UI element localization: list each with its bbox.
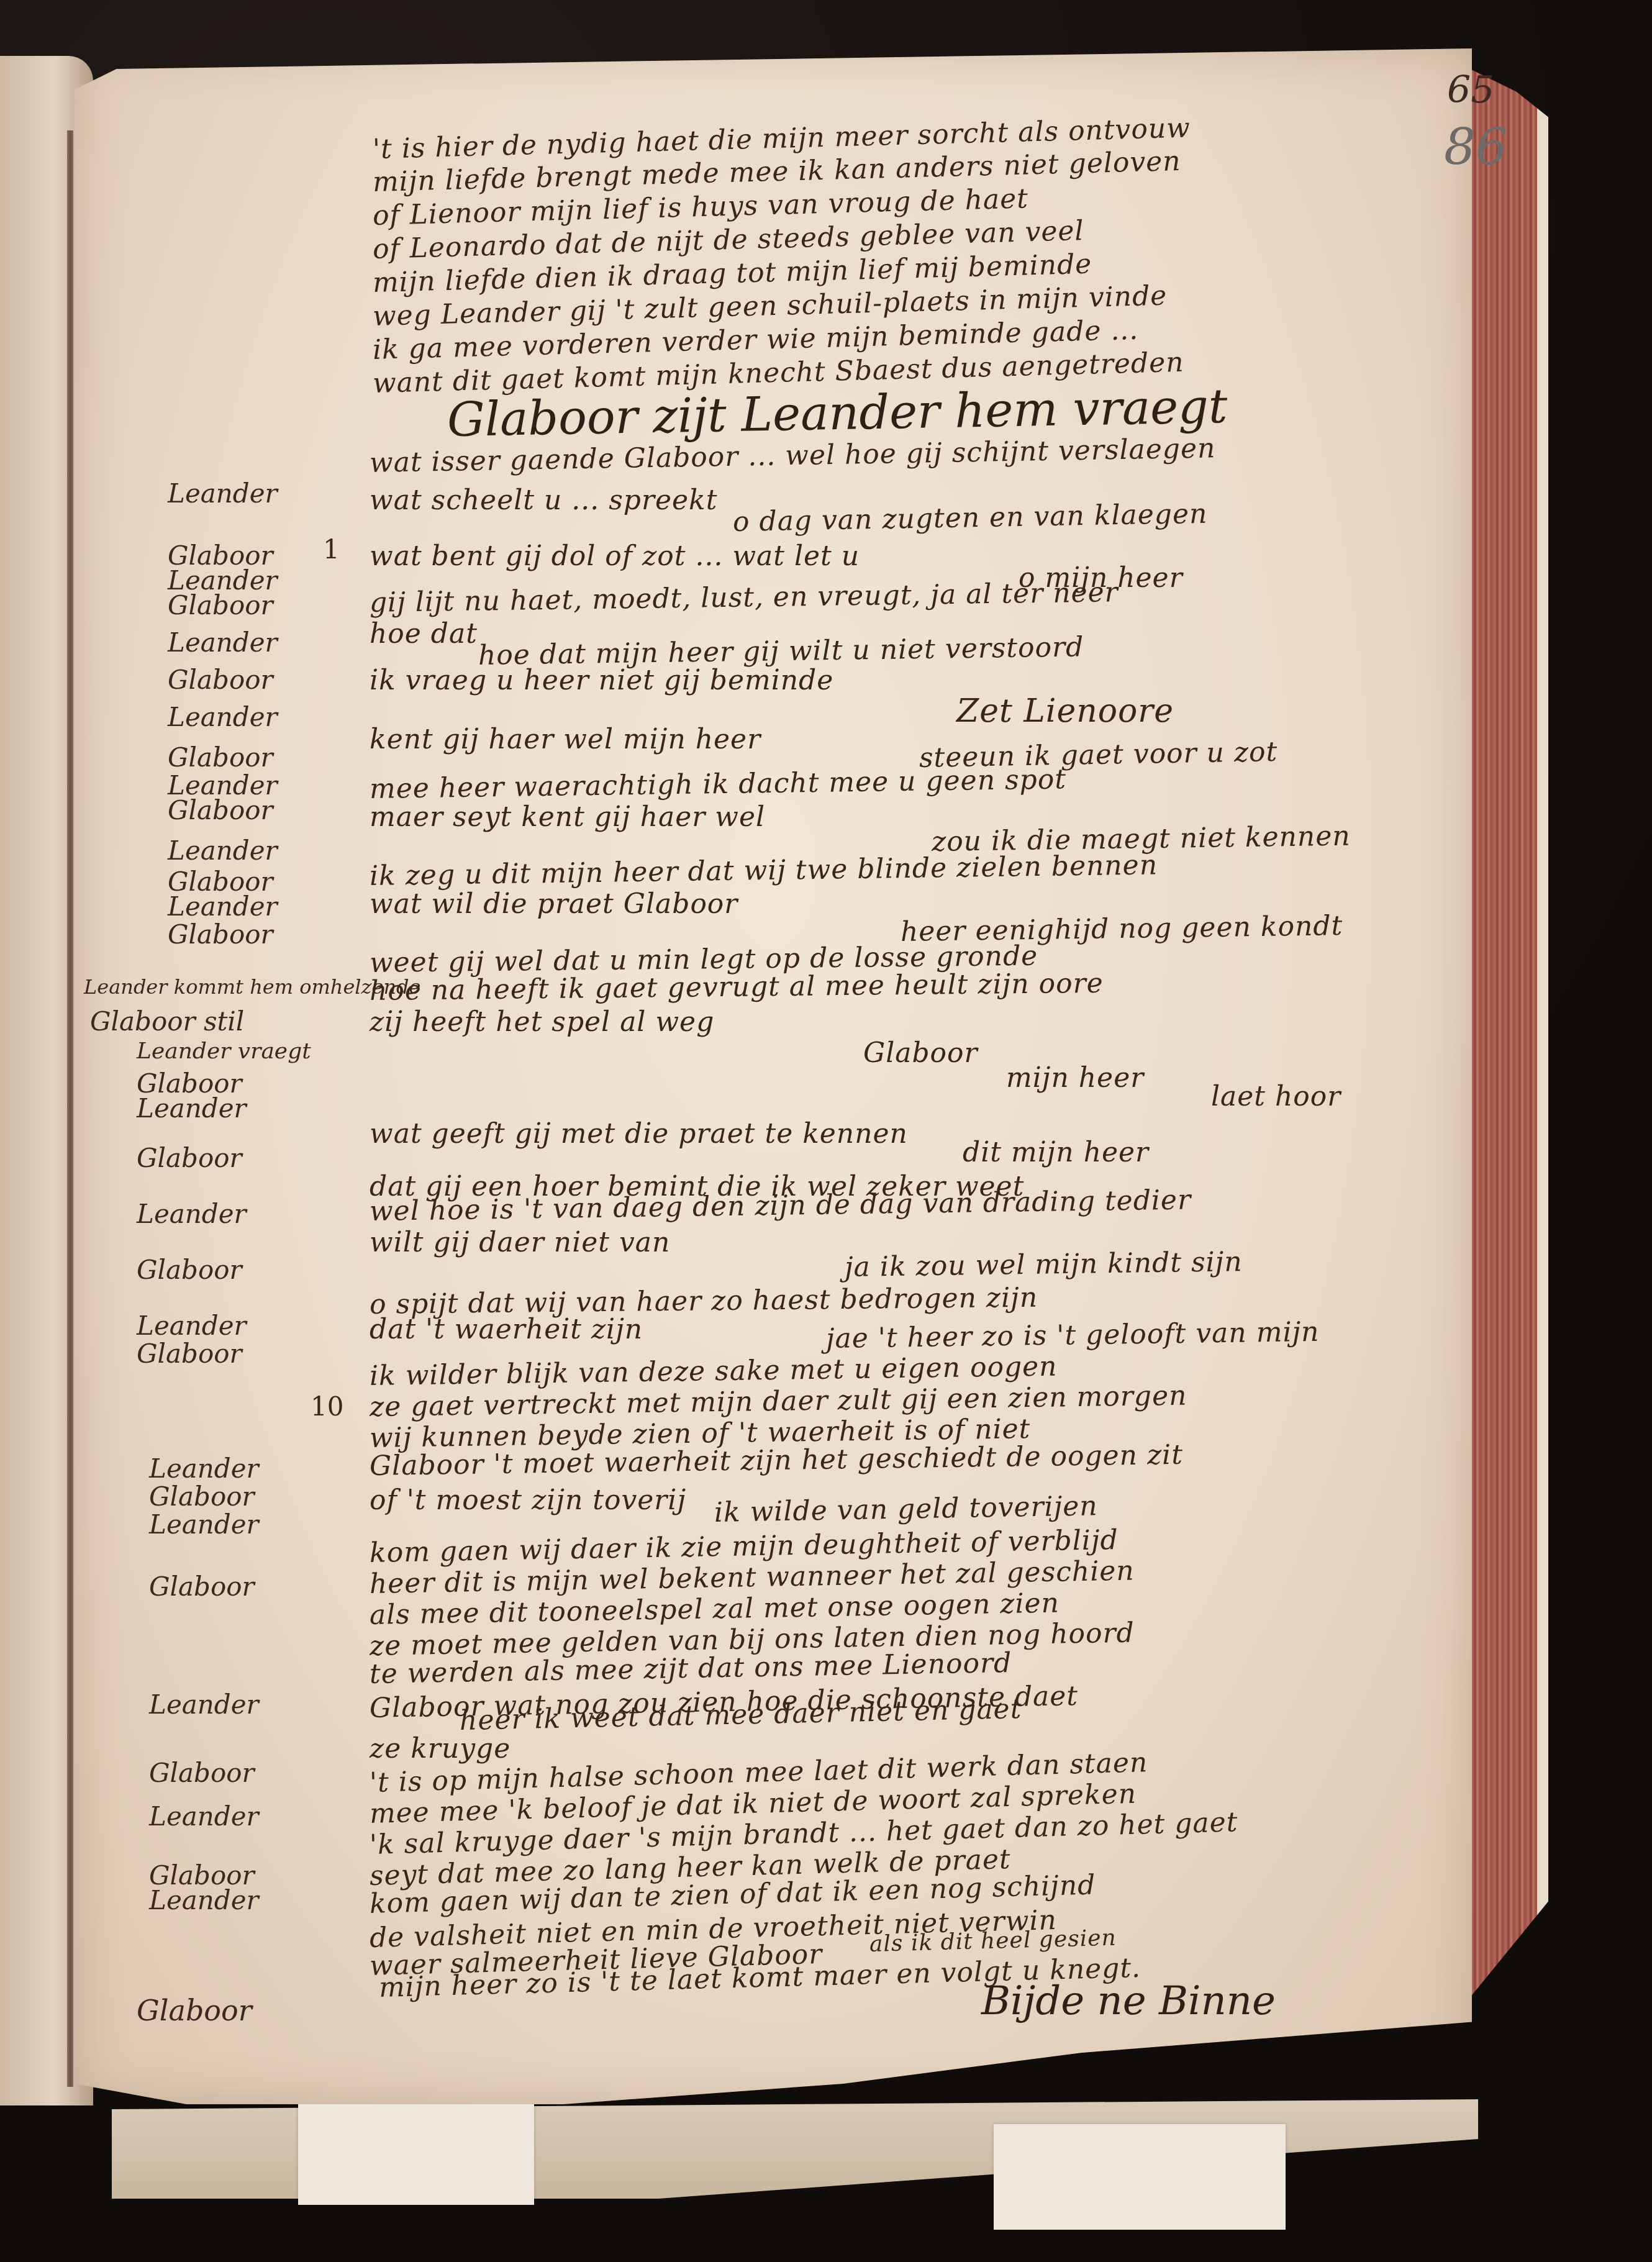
dialogue-line: of 't moest zijn toverij: [370, 1484, 686, 1516]
speaker-name: Glaboor: [149, 1481, 255, 1512]
dialogue-line: kent gij haer wel mijn heer: [370, 724, 761, 755]
speaker-name: Leander vraegt: [137, 1038, 311, 1064]
dialogue-line: mijn heer: [1006, 1062, 1144, 1094]
speaker-name: Leander: [137, 1310, 247, 1341]
dialogue-line: ik vraeg u heer niet gij beminde: [370, 665, 833, 696]
dialogue-line: wat wil die praet Glaboor: [370, 888, 738, 920]
speaker-name: Leander: [149, 1509, 259, 1540]
speaker-name: Glaboor: [137, 1255, 242, 1285]
speaker-name: Glaboor: [168, 590, 273, 620]
book-gutter: [67, 130, 73, 2087]
dialogue-line: wat bent gij dol of zot ... wat let u: [370, 540, 860, 572]
dialogue-line: wat geeft gij met die praet te kennen: [370, 1118, 908, 1150]
speaker-name: Leander: [149, 1885, 259, 1915]
speaker-name: Leander: [137, 1093, 247, 1124]
paper-tab-right: [994, 2124, 1286, 2230]
speaker-name: Glaboor: [168, 795, 273, 825]
speaker-name: Glaboor: [137, 1338, 242, 1369]
speaker-name: Leander: [168, 891, 278, 922]
exit-direction: Bijde ne Binne: [981, 1978, 1276, 2024]
speaker-name: Glaboor: [149, 1571, 255, 1602]
dialogue-line: hoe dat: [370, 618, 478, 650]
speaker-name: Leander: [137, 1199, 247, 1229]
dialogue-line: wat scheelt u ... spreekt: [370, 484, 717, 516]
speaker-name: Glaboor stil: [90, 1006, 244, 1037]
paper-tab-left: [298, 2099, 534, 2205]
line-number-marker: 10: [311, 1391, 343, 1422]
speaker-name: Leander: [149, 1453, 259, 1484]
speaker-name: Glaboor: [149, 1758, 255, 1788]
dialogue-line: ja ik zou wel mijn kindt sijn: [845, 1246, 1243, 1283]
dialogue-line: ze kruyge: [370, 1733, 511, 1765]
speaker-name: Leander: [168, 478, 278, 509]
line-number-marker: 1: [323, 534, 340, 565]
folio-number-pencil: 86: [1444, 118, 1507, 176]
dialogue-line: dat 't waerheit zijn: [370, 1314, 643, 1345]
speaker-name: Leander: [168, 702, 278, 732]
dialogue-line: ik wilde van geld toverijen: [714, 1490, 1099, 1528]
dialogue-line: zij heeft het spel al weg: [370, 1006, 714, 1038]
speaker-name: Glaboor: [168, 919, 273, 950]
speaker-name: Leander: [168, 835, 278, 866]
speaker-name: Leander: [149, 1689, 259, 1720]
speaker-name: Glaboor: [168, 742, 273, 773]
folio-number-ink: 65: [1447, 68, 1494, 112]
dialogue-line: wilt gij daer niet van: [370, 1227, 670, 1258]
speaker-name: Leander: [168, 627, 278, 658]
dialogue-line: Zet Lienoore: [956, 693, 1174, 730]
page-edge-red: [1469, 68, 1548, 2019]
dialogue-line: dit mijn heer: [963, 1137, 1149, 1168]
speaker-name: Glaboor: [168, 665, 273, 695]
speaker-name: Glaboor: [137, 1143, 242, 1173]
speaker-name: Glaboor: [137, 1994, 252, 2027]
speaker-name: Leander: [149, 1801, 259, 1832]
dialogue-line: Glaboor: [863, 1037, 978, 1069]
dialogue-line: maer seyt kent gij haer wel: [370, 801, 765, 833]
dialogue-line: laet hoor: [1211, 1081, 1341, 1112]
